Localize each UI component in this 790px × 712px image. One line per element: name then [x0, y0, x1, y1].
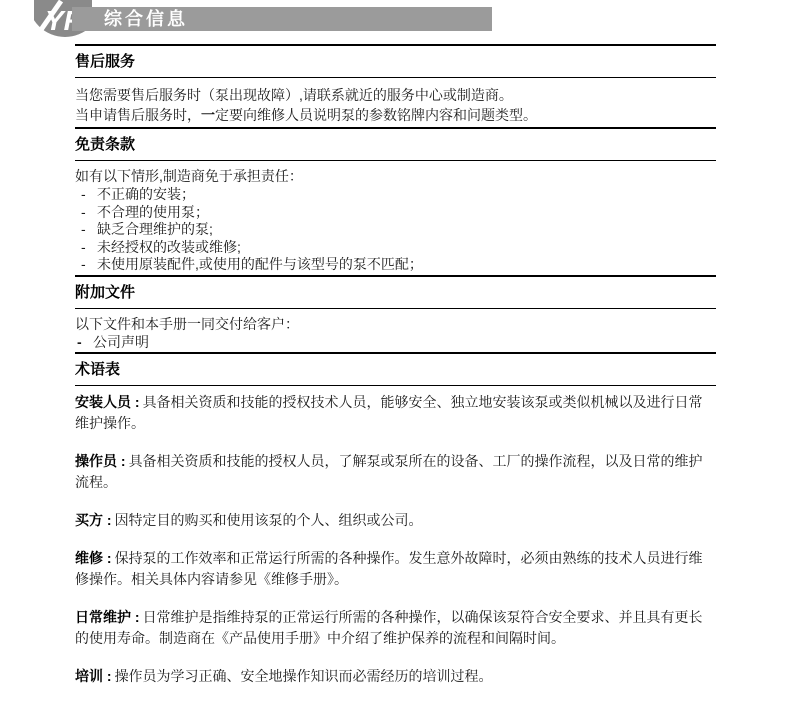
glossary-term: 维修 : [75, 550, 115, 566]
list-item-text: 缺乏合理维护的泵; [97, 221, 213, 237]
chapter-title-bar: 综合信息 [72, 7, 492, 31]
section-heading-attachments: 附加文件 [75, 283, 716, 303]
section-heading-glossary: 术语表 [75, 360, 716, 380]
glossary-definition: 保持泵的工作效率和正常运行所需的各种操作。发生意外故障时，必须由熟练的技术人员进… [75, 550, 703, 587]
glossary-entry: 日常维护 :日常维护是指维持泵的正常运行所需的各种操作，以确保该泵符合安全要求、… [75, 607, 716, 649]
disclaimer-intro: 如有以下情形,制造商免于承担责任： [75, 166, 716, 186]
heading-underline [75, 77, 716, 78]
glossary-definition: 具备相关资质和技能的授权技术人员，能够安全、独立地安装该泵或类似机械以及进行日常… [75, 394, 703, 431]
section-heading-disclaimer: 免责条款 [75, 135, 716, 155]
page-title: 综合信息 [104, 9, 188, 29]
glossary-term: 买方 : [75, 512, 115, 528]
list-item-text: 未经授权的改装或维修; [97, 239, 241, 255]
glossary-term: 安装人员 : [75, 394, 143, 410]
list-item: - 缺乏合理维护的泵; [75, 221, 716, 239]
glossary-term: 培训 : [75, 668, 115, 684]
glossary-definition: 因特定目的购买和使用该泵的个人、组织或公司。 [115, 512, 423, 528]
glossary-definition: 具备相关资质和技能的授权人员，了解泵或泵所在的设备、工厂的操作流程，以及日常的维… [75, 453, 703, 490]
dash-bullet: - [77, 334, 82, 352]
dash-bullet: - [81, 204, 86, 222]
heading-underline [75, 160, 716, 161]
aftersales-line2-post: 定要向维修人员说明泵的参数铭牌内容和问题类型。 [215, 107, 537, 123]
glossary-term: 操作员 : [75, 453, 129, 469]
glossary-entry: 操作员 :具备相关资质和技能的授权人员，了解泵或泵所在的设备、工厂的操作流程，以… [75, 451, 716, 493]
manual-page: YR 综合信息 售后服务 当您需要售后服务时（泵出现故障）,请联系就近的服务中心… [0, 0, 790, 712]
list-item: - 不合理的使用泵； [75, 204, 716, 222]
page-content: 售后服务 当您需要售后服务时（泵出现故障）,请联系就近的服务中心或制造商。 当申… [75, 40, 716, 687]
dash-bullet: - [81, 186, 86, 204]
glossary-entry: 安装人员 :具备相关资质和技能的授权技术人员，能够安全、独立地安装该泵或类似机械… [75, 392, 716, 434]
glossary-definition: 操作员为学习正确、安全地操作知识而必需经历的培训过程。 [115, 668, 493, 684]
glossary-term: 日常维护 : [75, 609, 143, 625]
list-item: - 不正确的安装； [75, 186, 716, 204]
list-item-text: 不合理的使用泵； [97, 204, 209, 220]
aftersales-line2-pre: 当申请售后服务时， [75, 107, 201, 123]
section-divider [75, 127, 716, 129]
glossary-definition: 日常维护是指维持泵的正常运行所需的各种操作，以确保该泵符合安全要求、并且具有更长… [75, 609, 703, 646]
section-heading-aftersales: 售后服务 [75, 52, 716, 72]
aftersales-text: 当您需要售后服务时（泵出现故障）,请联系就近的服务中心或制造商。 当申请售后服务… [75, 85, 716, 125]
list-item-text: 不正确的安装； [97, 186, 195, 202]
list-item-text: 未使用原装配件,或使用的配件与该型号的泵不匹配； [97, 256, 423, 272]
section-divider [75, 352, 716, 354]
aftersales-line2-bold: 一 [201, 107, 215, 123]
attachments-intro: 以下文件和本手册一同交付给客户： [75, 314, 716, 334]
attachment-item: - 公司声明 [75, 334, 716, 352]
heading-underline [75, 308, 716, 309]
heading-underline [75, 385, 716, 386]
list-item: - 未使用原装配件,或使用的配件与该型号的泵不匹配； [75, 256, 716, 274]
section-divider [75, 44, 716, 46]
aftersales-line1: 当您需要售后服务时（泵出现故障）,请联系就近的服务中心或制造商。 [75, 87, 513, 103]
dash-bullet: - [81, 239, 86, 257]
glossary-entry: 培训 :操作员为学习正确、安全地操作知识而必需经历的培训过程。 [75, 666, 716, 687]
dash-bullet: - [81, 221, 86, 239]
disclaimer-list: - 不正确的安装； - 不合理的使用泵； - 缺乏合理维护的泵; - 未经授权的… [75, 186, 716, 274]
glossary: 安装人员 :具备相关资质和技能的授权技术人员，能够安全、独立地安装该泵或类似机械… [75, 392, 716, 687]
dash-bullet: - [81, 256, 86, 274]
attachment-item-text: 公司声明 [93, 334, 149, 350]
glossary-entry: 买方 :因特定目的购买和使用该泵的个人、组织或公司。 [75, 510, 716, 531]
glossary-entry: 维修 :保持泵的工作效率和正常运行所需的各种操作。发生意外故障时，必须由熟练的技… [75, 548, 716, 590]
section-divider [75, 275, 716, 277]
list-item: - 未经授权的改装或维修; [75, 239, 716, 257]
